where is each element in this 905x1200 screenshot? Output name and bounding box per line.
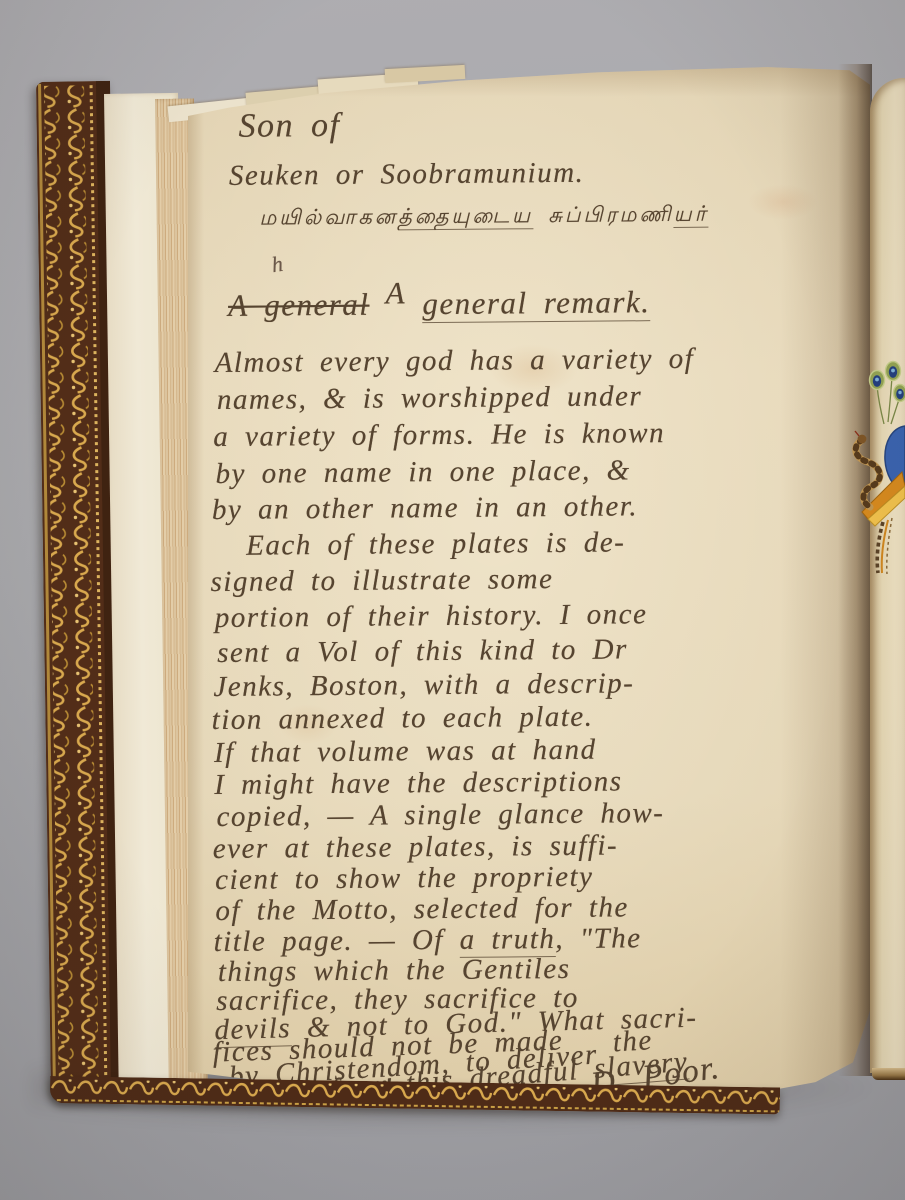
stray-pen-mark: h (270, 251, 286, 279)
text-segment: I might have the descriptions (214, 765, 622, 801)
handwriting-layer: 11 Son of Seuken or Soobramunium. மயில்வ… (212, 58, 871, 1104)
text-segment: of the Motto, selected for the (215, 891, 629, 927)
text-segment: சுப்பிரமணி (533, 202, 674, 227)
tail-feathers (877, 518, 892, 574)
next-page-bottom-edge (872, 1068, 905, 1080)
tamil-script-line: மயில்வாகனத்தையுடைய சுப்பிரமணியர் (259, 202, 708, 233)
text-segment: த்தையுடைய (398, 203, 533, 230)
text-segment: ever at these plates, is suffi- (213, 829, 619, 865)
text-segment: If that volume was at hand (214, 734, 597, 769)
body-text-line: copied, — A single glance how- (216, 797, 664, 833)
text-segment: A general (228, 287, 370, 323)
body-text-line: cient to show the propriety (215, 861, 594, 896)
text-segment: யர் (674, 202, 709, 228)
text-segment: A (385, 275, 406, 311)
photo-of-open-manuscript-book: 11 Son of Seuken or Soobramunium. மயில்வ… (0, 0, 905, 1200)
text-segment: மயில்வாகன (259, 204, 398, 229)
body-text-line: Each of these plates is de- (246, 526, 625, 561)
page-left-edge-shading (188, 64, 204, 1104)
text-segment: title page. — Of (214, 924, 460, 958)
page-number: 11 (224, 78, 246, 99)
body-text-line: sent a Vol of this kind to Dr (217, 633, 628, 669)
section-heading-general-remark: A general A general remark. (228, 284, 651, 324)
text-segment: signed to illustrate some (210, 563, 553, 598)
body-text-line: signed to illustrate some (210, 563, 553, 598)
page-stack-step-edge (385, 65, 466, 83)
body-text-line: by an other name in an other. (212, 490, 638, 526)
text-segment: by one name in one place, & (215, 454, 630, 490)
body-text-line: title page. — Of a truth, "The (214, 922, 642, 958)
text-segment: by an other name in an other. (212, 490, 638, 526)
text-segment: tion annexed to each plate. (212, 701, 594, 736)
deity-name-line: Seuken or Soobramunium. (229, 157, 585, 193)
title-line-son-of: Son of (238, 107, 340, 146)
body-text-line: Almost every god has a variety of (214, 343, 694, 379)
text-segment: general remark. (422, 284, 650, 323)
body-text-line: names, & is worshipped under (217, 380, 643, 416)
text-segment: Each of these plates is de- (246, 526, 625, 561)
body-text-line: ever at these plates, is suffi- (213, 829, 619, 865)
text-segment: names, & is worshipped under (217, 380, 643, 416)
text-segment: , "The (555, 922, 641, 955)
body-text-line: tion annexed to each plate. (212, 701, 594, 736)
peacock-snake-illustration (848, 360, 905, 575)
snake (855, 431, 880, 507)
body-text-line: portion of their history. I once (215, 598, 648, 634)
body-text-line: a variety of forms. He is known (213, 417, 665, 453)
body-text-line: I might have the descriptions (214, 765, 622, 801)
body-text-line: by one name in one place, & (215, 454, 630, 490)
next-page-edge (870, 78, 905, 1073)
text-segment: a variety of forms. He is known (213, 417, 665, 453)
text-segment: copied, — A single glance how- (216, 797, 664, 833)
text-segment: sent a Vol of this kind to Dr (217, 633, 628, 669)
text-segment: Almost every god has a variety of (214, 343, 694, 379)
body-text-line: If that volume was at hand (214, 734, 597, 769)
text-segment (406, 286, 423, 321)
body-text-line: of the Motto, selected for the (215, 891, 629, 927)
text-segment: Jenks, Boston, with a descrip- (213, 667, 634, 703)
text-segment (369, 286, 386, 321)
text-segment: cient to show the propriety (215, 861, 594, 896)
body-text-line: Jenks, Boston, with a descrip- (213, 667, 634, 703)
body-text: Almost every god has a variety ofnames, … (212, 58, 862, 64)
manuscript-page: 11 Son of Seuken or Soobramunium. மயில்வ… (188, 64, 870, 1104)
crest-eye-feathers (870, 362, 905, 402)
text-segment: portion of their history. I once (215, 598, 648, 634)
